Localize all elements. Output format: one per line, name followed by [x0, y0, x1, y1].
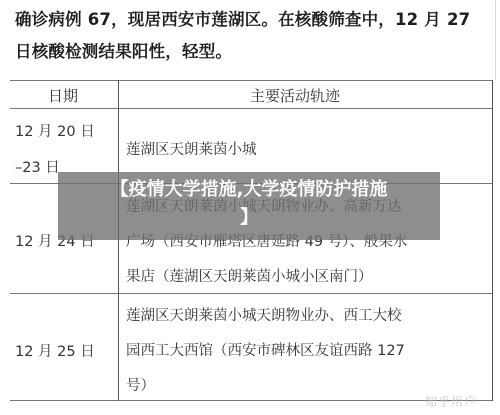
table-border-bottom — [10, 400, 492, 401]
header-date: 日期 — [48, 85, 78, 106]
row-3-activity-line-2: 园西工大西馆（西安市碑林区友谊西路 127 — [126, 339, 405, 360]
overlay-title-line-1: 【疫情大学措施,大学疫情防护措施 — [58, 176, 440, 204]
overlay-title: 【疫情大学措施,大学疫情防护措施 】 — [58, 176, 440, 232]
case-description-line-1: 确诊病例 67，现居西安市莲湖区。在核酸筛查中，12 月 27 — [15, 4, 495, 36]
header-divider — [10, 108, 492, 109]
row-3-activity-line-1: 莲湖区天朗莱茵小城天朗物业办、西工大校 — [126, 304, 402, 325]
case-description: 确诊病例 67，现居西安市莲湖区。在核酸筛查中，12 月 27 日核酸检测结果阳… — [15, 4, 495, 68]
row-3-activity-line-3: 号） — [126, 374, 155, 395]
column-divider — [118, 80, 119, 401]
activity-trajectory-table: 日期 主要活动轨迹 12 月 20 日 –23 日 莲湖区天朗莱茵小城 12 月… — [10, 80, 492, 400]
row-divider — [10, 293, 492, 294]
title-overlay-banner: 【疫情大学措施,大学疫情防护措施 】 — [58, 172, 440, 240]
row-1-date-line-1: 12 月 20 日 — [15, 120, 95, 141]
case-description-line-2: 日核酸检测结果阳性，轻型。 — [15, 36, 495, 68]
watermark: 知乎用户 — [425, 393, 477, 410]
page-edge — [495, 0, 496, 80]
header-activity: 主要活动轨迹 — [250, 85, 340, 106]
row-3-date: 12 月 25 日 — [15, 340, 95, 361]
table-border-right — [492, 80, 493, 401]
row-2-activity-line-3: 果店（莲湖区天朗莱茵小城小区南门） — [126, 265, 373, 286]
table-border-top — [10, 80, 492, 81]
row-1-activity: 莲湖区天朗莱茵小城 — [126, 138, 257, 159]
row-1-date-line-2: –23 日 — [15, 156, 60, 177]
overlay-title-line-2: 】 — [58, 204, 440, 232]
